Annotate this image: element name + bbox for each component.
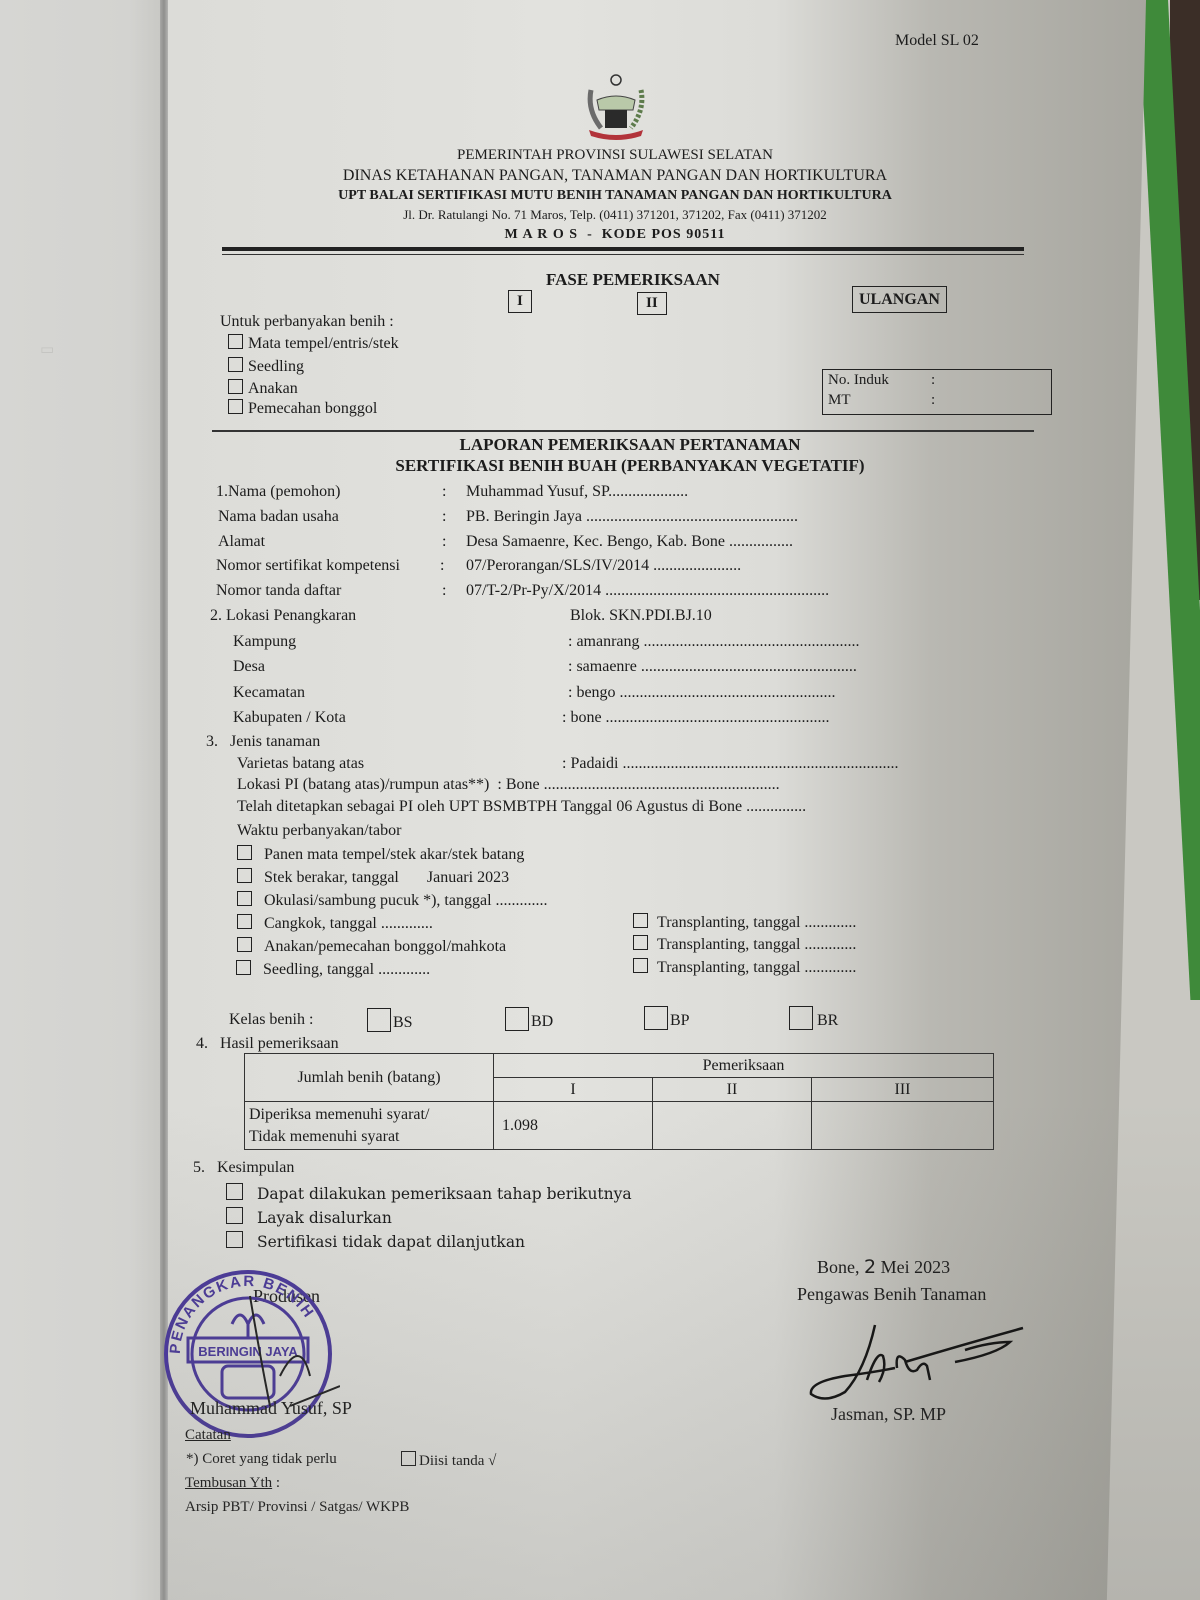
option-label: Panen mata tempel/stek akar/stek batang <box>264 846 524 863</box>
date-line: Bone, 2 Mei 2023 <box>817 1256 950 1278</box>
waktu-option[interactable]: Seedling, tanggal ............. <box>236 960 430 979</box>
colon: : <box>272 1475 280 1491</box>
producer-stamp-icon: PENANGKAR BENIH BERINGIN JAYA <box>160 1266 340 1446</box>
tembusan-label: Tembusan Yth : <box>185 1475 280 1492</box>
checkbox[interactable] <box>228 334 243 349</box>
row-label: Diperiksa memenuhi syarat/ Tidak memenuh… <box>245 1102 494 1150</box>
field-label-nama: 1.Nama (pemohon) <box>216 483 340 501</box>
colon: : <box>440 557 444 575</box>
diisi-note: Diisi tanda √ <box>401 1451 496 1470</box>
waktu-label: Waktu perbanyakan/tabor <box>237 822 401 840</box>
checkbox[interactable] <box>228 399 243 414</box>
field-label-alamat: Alamat <box>218 533 265 551</box>
group-header-pemeriksaan: Pemeriksaan <box>494 1054 994 1078</box>
option-label: BR <box>817 1012 838 1029</box>
section-divider <box>212 430 1034 432</box>
waktu-option[interactable]: Okulasi/sambung pucuk *), tanggal ......… <box>237 891 548 910</box>
field-value-tanda-daftar: 07/T-2/Pr-Py/X/2014 ....................… <box>466 582 829 600</box>
option-label: BP <box>670 1012 690 1029</box>
checkbox[interactable] <box>237 937 252 952</box>
tembusan-text: Tembusan Yth <box>185 1475 272 1491</box>
hasil-table: Jumlah benih (batang) Pemeriksaan I II I… <box>244 1053 994 1150</box>
transplanting-option[interactable]: Transplanting, tanggal ............. <box>633 913 856 932</box>
field-label-varietas: Varietas batang atas <box>237 755 364 773</box>
field-value-kabupaten: : bone .................................… <box>562 709 830 727</box>
section-3-label: 3. Jenis tanaman <box>206 733 320 751</box>
cell-value-2[interactable] <box>653 1102 812 1150</box>
colon: : <box>442 483 446 501</box>
option-label: Anakan/pemecahan bonggol/mahkota <box>264 938 506 955</box>
colon: : <box>442 533 446 551</box>
checkbox[interactable] <box>633 958 648 973</box>
report-subtitle: SERTIFIKASI BENIH BUAH (PERBANYAKAN VEGE… <box>300 456 960 476</box>
provincial-emblem-icon <box>583 70 649 140</box>
no-induk-label: No. Induk <box>828 372 889 389</box>
checkbox[interactable] <box>237 914 252 929</box>
waktu-option[interactable]: Stek berakar, tanggal Januari 2023 <box>237 868 509 887</box>
field-label-sertifikat: Nomor sertifikat kompetensi <box>216 557 400 575</box>
pengawas-label: Pengawas Benih Tanaman <box>797 1284 986 1305</box>
field-label-desa: Desa <box>233 658 265 676</box>
row-label-line-2: Tidak memenuhi syarat <box>249 1126 489 1148</box>
checkbox[interactable] <box>237 868 252 883</box>
no-induk-box: No. Induk : MT : <box>822 369 1052 415</box>
col-header-jumlah: Jumlah benih (batang) <box>245 1054 494 1102</box>
section-5-label: 5. Kesimpulan <box>193 1159 294 1177</box>
checkbox[interactable] <box>237 891 252 906</box>
kelas-benih-label: Kelas benih : <box>229 1011 313 1029</box>
kelas-option-br[interactable]: BR <box>789 1006 838 1030</box>
date-month-year: Mei 2023 <box>881 1257 951 1277</box>
kelas-option-bp[interactable]: BP <box>644 1006 690 1030</box>
perbanyakan-option[interactable]: Anakan <box>228 379 298 398</box>
header-city: M A R O S - KODE POS 90511 <box>200 227 1030 243</box>
field-label-tanda-daftar: Nomor tanda daftar <box>216 582 341 600</box>
mt-label: MT <box>828 392 851 409</box>
option-label: Okulasi/sambung pucuk *), tanggal ......… <box>264 892 548 909</box>
waktu-option[interactable]: Cangkok, tanggal ............. <box>237 914 433 933</box>
checkbox[interactable] <box>226 1183 243 1200</box>
header-unit: UPT BALAI SERTIFIKASI MUTU BENIH TANAMAN… <box>200 188 1030 204</box>
transplanting-option[interactable]: Transplanting, tanggal ............. <box>633 958 856 977</box>
colon: : <box>931 372 935 389</box>
fase-option-1[interactable]: I <box>508 290 532 313</box>
ulangan-box[interactable]: ULANGAN <box>852 286 947 313</box>
checkbox[interactable] <box>226 1207 243 1224</box>
colon: : <box>442 582 446 600</box>
field-value-alamat: Desa Samaenre, Kec. Bengo, Kab. Bone ...… <box>466 533 793 551</box>
kesimpulan-option[interactable]: Layak disalurkan <box>226 1207 392 1228</box>
option-label: Transplanting, tanggal ............. <box>657 936 856 953</box>
sub-header-2: II <box>653 1078 812 1102</box>
option-label: Seedling <box>248 358 304 375</box>
field-value-desa: : samaenre .............................… <box>568 658 857 676</box>
option-label: Transplanting, tanggal ............. <box>657 914 856 931</box>
adjacent-binder-page: ▭ <box>0 0 162 1600</box>
date-day-handwritten: 2 <box>864 1256 876 1278</box>
option-label: Sertifikasi tidak dapat dilanjutkan <box>257 1233 525 1251</box>
checkbox[interactable] <box>228 379 243 394</box>
checkbox[interactable] <box>226 1231 243 1248</box>
option-label: Transplanting, tanggal ............. <box>657 959 856 976</box>
option-label: BD <box>531 1013 553 1030</box>
waktu-option[interactable]: Panen mata tempel/stek akar/stek batang <box>237 845 524 864</box>
checkbox[interactable] <box>236 960 251 975</box>
checkbox[interactable] <box>644 1006 668 1030</box>
field-value-varietas: : Padaidi ..............................… <box>562 755 898 773</box>
kesimpulan-option[interactable]: Sertifikasi tidak dapat dilanjutkan <box>226 1231 525 1252</box>
waktu-option[interactable]: Anakan/pemecahan bonggol/mahkota <box>237 937 506 956</box>
perbanyakan-label: Untuk perbanyakan benih : <box>220 313 394 331</box>
field-value-kecamatan: : bengo ................................… <box>568 684 836 702</box>
field-value-nama: Muhammad Yusuf, SP.................... <box>466 483 688 501</box>
fase-option-2[interactable]: II <box>637 292 667 315</box>
stamp-text-center: BERINGIN JAYA <box>198 1344 298 1359</box>
option-label: Layak disalurkan <box>257 1209 392 1227</box>
cell-value-3[interactable] <box>812 1102 994 1150</box>
header-address: Jl. Dr. Ratulangi No. 71 Maros, Telp. (0… <box>200 207 1030 223</box>
diisi-text: Diisi tanda √ <box>419 1453 496 1469</box>
field-label-badan-usaha: Nama badan usaha <box>218 508 339 526</box>
checkbox[interactable] <box>228 357 243 372</box>
coret-note: *) Coret yang tidak perlu <box>186 1451 337 1468</box>
perbanyakan-option[interactable]: Seedling <box>228 357 304 376</box>
option-label: BS <box>393 1014 413 1031</box>
option-label: Anakan <box>248 380 298 397</box>
pengawas-signature-icon <box>805 1320 1035 1410</box>
field-value-sertifikat: 07/Perorangan/SLS/IV/2014 ..............… <box>466 557 741 575</box>
fase-title: FASE PEMERIKSAAN <box>546 270 720 290</box>
header-divider <box>222 247 1024 251</box>
kelas-option-bd[interactable]: BD <box>505 1007 553 1031</box>
produsen-name: Muhammad Yusuf, SP <box>190 1398 352 1419</box>
tembusan-list: Arsip PBT/ Provinsi / Satgas/ WKPB <box>185 1499 409 1516</box>
field-label-kampung: Kampung <box>233 633 296 651</box>
field-ditetapkan: Telah ditetapkan sebagai PI oleh UPT BSM… <box>237 798 806 816</box>
option-label: Pemecahan bonggol <box>248 400 377 417</box>
date-place: Bone, <box>817 1257 860 1277</box>
header-department: DINAS KETAHANAN PANGAN, TANAMAN PANGAN D… <box>200 167 1030 185</box>
sub-header-1: I <box>494 1078 653 1102</box>
perbanyakan-option[interactable]: Pemecahan bonggol <box>228 399 377 418</box>
option-label: Mata tempel/entris/stek <box>248 335 399 352</box>
field-label-kecamatan: Kecamatan <box>233 684 305 702</box>
field-label-kabupaten: Kabupaten / Kota <box>233 709 346 727</box>
form-model-code: Model SL 02 <box>895 32 979 50</box>
checkbox[interactable] <box>633 913 648 928</box>
checkbox[interactable] <box>367 1008 391 1032</box>
option-label: Stek berakar, tanggal Januari 2023 <box>264 869 509 886</box>
kesimpulan-option[interactable]: Dapat dilakukan pemeriksaan tahap beriku… <box>226 1183 632 1204</box>
field-value-kampung: : amanrang .............................… <box>568 633 860 651</box>
report-title: LAPORAN PEMERIKSAAN PERTANAMAN <box>300 435 960 455</box>
field-value-badan-usaha: PB. Beringin Jaya ......................… <box>466 508 798 526</box>
option-label: Cangkok, tanggal ............. <box>264 915 433 932</box>
option-label: Dapat dilakukan pemeriksaan tahap beriku… <box>257 1185 632 1203</box>
perbanyakan-option[interactable]: Mata tempel/entris/stek <box>228 334 399 353</box>
colon: : <box>442 508 446 526</box>
catatan-label: Catatan <box>185 1427 231 1444</box>
checkbox-legend-icon <box>401 1451 416 1466</box>
checkbox[interactable] <box>505 1007 529 1031</box>
header-divider-thin <box>222 254 1024 255</box>
checkbox[interactable] <box>633 935 648 950</box>
option-label: Seedling, tanggal ............. <box>263 961 430 978</box>
section-4-label: 4. Hasil pemeriksaan <box>196 1035 339 1053</box>
header-government: PEMERINTAH PROVINSI SULAWESI SELATAN <box>200 147 1030 164</box>
kelas-option-bs[interactable]: BS <box>367 1008 413 1032</box>
checkbox[interactable] <box>237 845 252 860</box>
field-lokasi-pi: Lokasi PI (batang atas)/rumpun atas**) :… <box>237 776 780 794</box>
cell-value-1[interactable]: 1.098 <box>494 1102 653 1150</box>
transplanting-option[interactable]: Transplanting, tanggal ............. <box>633 935 856 954</box>
row-label-line-1: Diperiksa memenuhi syarat/ <box>249 1104 489 1126</box>
colon: : <box>931 392 935 409</box>
blok-value: Blok. SKN.PDI.BJ.10 <box>570 607 712 625</box>
section-2-label: 2. Lokasi Penangkaran <box>210 607 356 625</box>
sub-header-3: III <box>812 1078 994 1102</box>
checkbox[interactable] <box>789 1006 813 1030</box>
pengawas-name: Jasman, SP. MP <box>831 1404 946 1425</box>
